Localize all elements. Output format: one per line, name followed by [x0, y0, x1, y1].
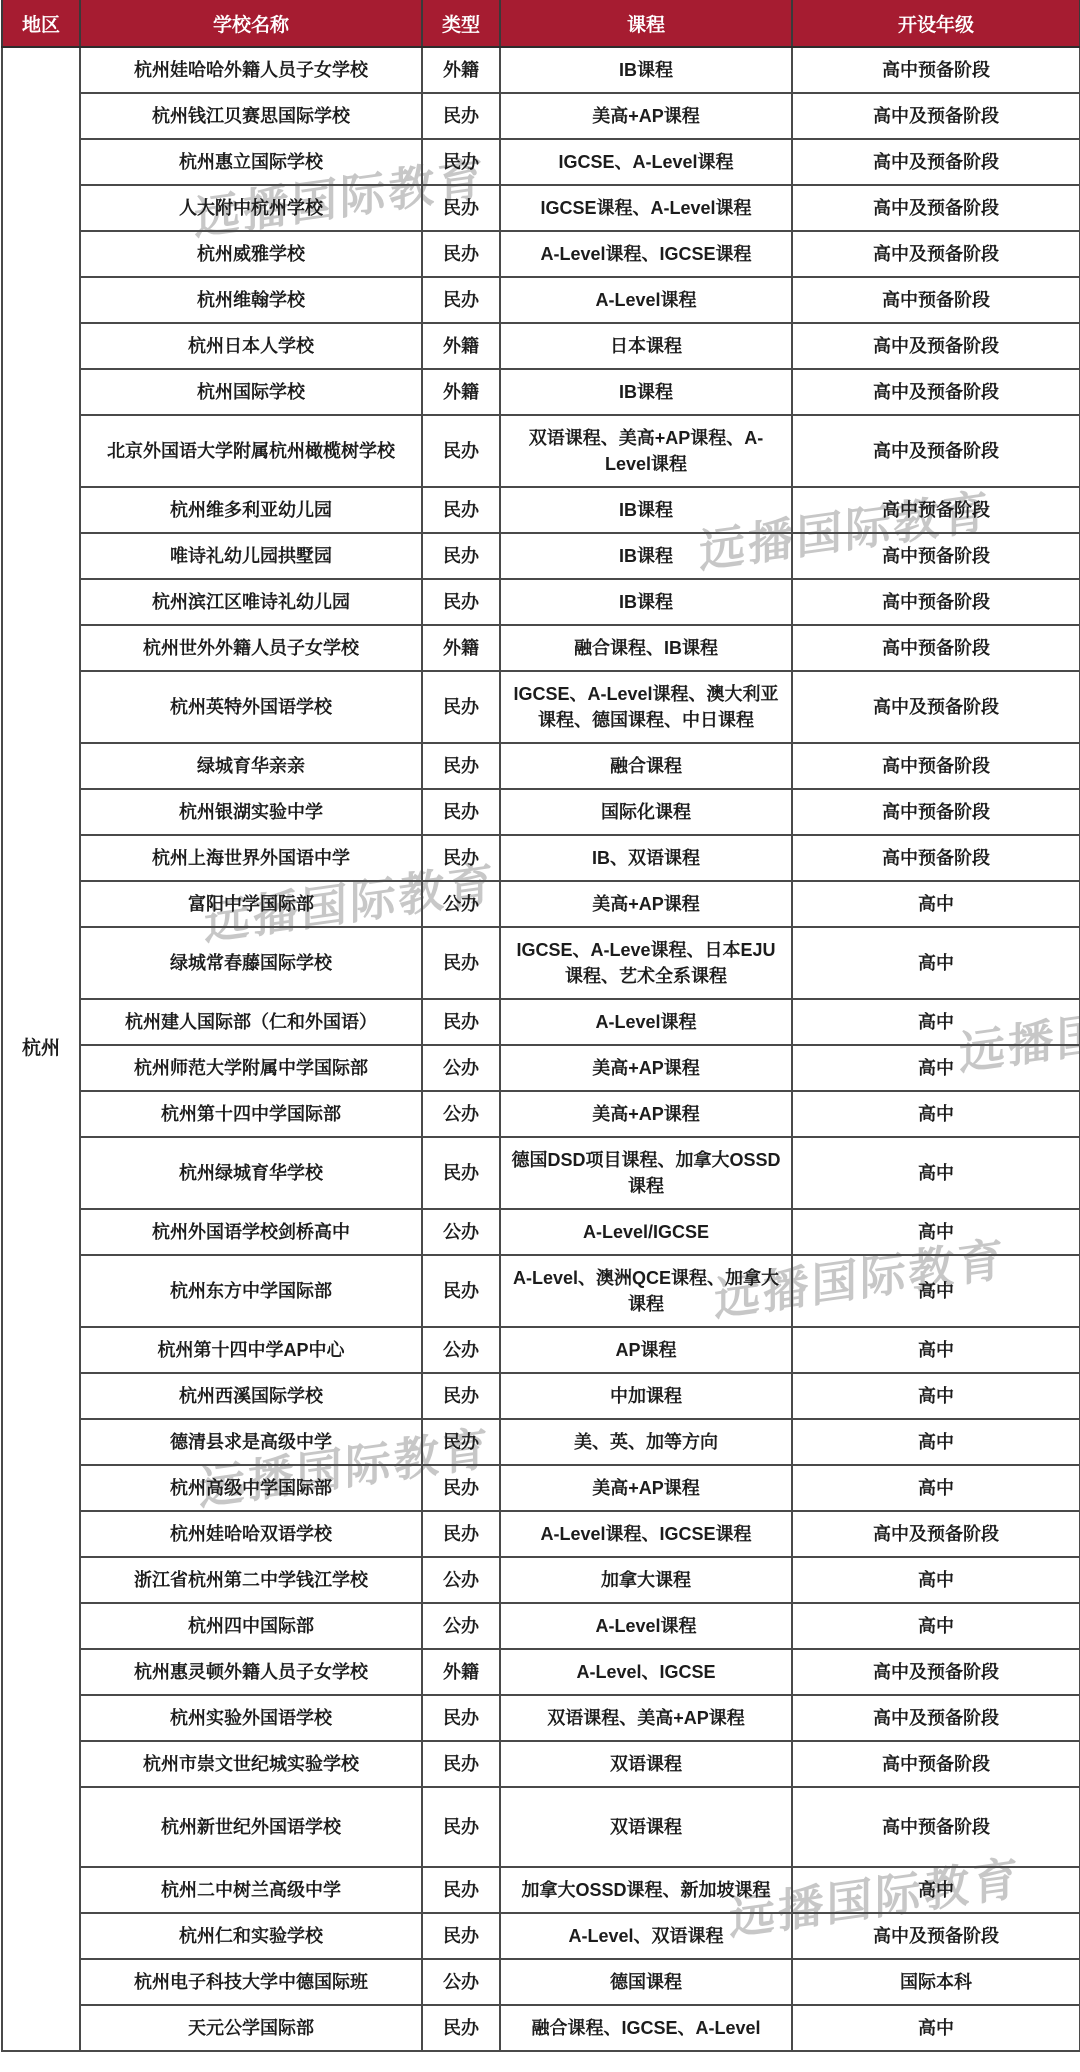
courses-cell: A-Level课程	[500, 277, 792, 323]
courses-cell: IGCSE、A-Level课程	[500, 139, 792, 185]
courses-cell: 加拿大OSSD课程、新加坡课程	[500, 1867, 792, 1913]
grades-cell: 国际本科	[792, 1959, 1080, 2005]
table-row: 杭州维多利亚幼儿园民办IB课程高中预备阶段	[2, 487, 1080, 533]
school-name-cell: 杭州娃哈哈双语学校	[80, 1511, 422, 1557]
courses-cell: 加拿大课程	[500, 1557, 792, 1603]
school-name-cell: 杭州世外外籍人员子女学校	[80, 625, 422, 671]
courses-cell: 美高+AP课程	[500, 93, 792, 139]
table-row: 杭州杭州娃哈哈外籍人员子女学校外籍IB课程高中预备阶段	[2, 47, 1080, 93]
grades-cell: 高中及预备阶段	[792, 415, 1080, 487]
courses-cell: IB课程	[500, 487, 792, 533]
table-row: 杭州英特外国语学校民办IGCSE、A-Level课程、澳大利亚课程、德国课程、中…	[2, 671, 1080, 743]
grades-cell: 高中及预备阶段	[792, 369, 1080, 415]
courses-cell: 双语课程	[500, 1787, 792, 1867]
table-row: 杭州滨江区唯诗礼幼儿园民办IB课程高中预备阶段	[2, 579, 1080, 625]
grades-cell: 高中	[792, 1603, 1080, 1649]
school-name-cell: 唯诗礼幼儿园拱墅园	[80, 533, 422, 579]
table-row: 唯诗礼幼儿园拱墅园民办IB课程高中预备阶段	[2, 533, 1080, 579]
page: 远播国际教育远播国际教育远播国际教育远播国际教育远播国际教育远播国际教育远播国际…	[0, 0, 1080, 2072]
courses-cell: 美高+AP课程	[500, 881, 792, 927]
column-header-type: 类型	[422, 0, 500, 47]
courses-cell: AP课程	[500, 1327, 792, 1373]
school-type-cell: 公办	[422, 1557, 500, 1603]
school-name-cell: 杭州西溪国际学校	[80, 1373, 422, 1419]
courses-cell: IB、双语课程	[500, 835, 792, 881]
school-type-cell: 公办	[422, 1045, 500, 1091]
school-name-cell: 杭州实验外国语学校	[80, 1695, 422, 1741]
table-row: 杭州上海世界外国语中学民办IB、双语课程高中预备阶段	[2, 835, 1080, 881]
school-name-cell: 杭州四中国际部	[80, 1603, 422, 1649]
school-type-cell: 民办	[422, 1137, 500, 1209]
region-cell: 杭州	[2, 47, 80, 2051]
grades-cell: 高中预备阶段	[792, 579, 1080, 625]
school-type-cell: 民办	[422, 927, 500, 999]
table-row: 杭州维翰学校民办A-Level课程高中预备阶段	[2, 277, 1080, 323]
courses-cell: IGCSE课程、A-Level课程	[500, 185, 792, 231]
school-type-cell: 公办	[422, 1091, 500, 1137]
school-name-cell: 杭州银湖实验中学	[80, 789, 422, 835]
grades-cell: 高中及预备阶段	[792, 1913, 1080, 1959]
school-type-cell: 民办	[422, 789, 500, 835]
grades-cell: 高中及预备阶段	[792, 1649, 1080, 1695]
school-type-cell: 民办	[422, 277, 500, 323]
school-type-cell: 民办	[422, 415, 500, 487]
table-row: 杭州建人国际部（仁和外国语）民办A-Level课程高中	[2, 999, 1080, 1045]
grades-cell: 高中	[792, 1373, 1080, 1419]
table-row: 杭州第十四中学国际部公办美高+AP课程高中	[2, 1091, 1080, 1137]
column-header-school-name: 学校名称	[80, 0, 422, 47]
school-type-cell: 公办	[422, 1327, 500, 1373]
header-row: 地区 学校名称 类型 课程 开设年级	[2, 0, 1080, 47]
grades-cell: 高中预备阶段	[792, 1787, 1080, 1867]
grades-cell: 高中	[792, 1465, 1080, 1511]
school-name-cell: 杭州建人国际部（仁和外国语）	[80, 999, 422, 1045]
grades-cell: 高中预备阶段	[792, 835, 1080, 881]
courses-cell: IB课程	[500, 369, 792, 415]
schools-table: 地区 学校名称 类型 课程 开设年级 杭州杭州娃哈哈外籍人员子女学校外籍IB课程…	[1, 0, 1080, 2052]
school-name-cell: 北京外国语大学附属杭州橄榄树学校	[80, 415, 422, 487]
grades-cell: 高中及预备阶段	[792, 93, 1080, 139]
table-row: 杭州银湖实验中学民办国际化课程高中预备阶段	[2, 789, 1080, 835]
grades-cell: 高中	[792, 2005, 1080, 2051]
table-row: 北京外国语大学附属杭州橄榄树学校民办双语课程、美高+AP课程、A-Level课程…	[2, 415, 1080, 487]
table-row: 杭州惠灵顿外籍人员子女学校外籍A-Level、IGCSE高中及预备阶段	[2, 1649, 1080, 1695]
courses-cell: A-Level、IGCSE	[500, 1649, 792, 1695]
grades-cell: 高中	[792, 1419, 1080, 1465]
school-name-cell: 天元公学国际部	[80, 2005, 422, 2051]
table-row: 天元公学国际部民办融合课程、IGCSE、A-Level高中	[2, 2005, 1080, 2051]
school-name-cell: 杭州电子科技大学中德国际班	[80, 1959, 422, 2005]
school-type-cell: 民办	[422, 2005, 500, 2051]
grades-cell: 高中	[792, 927, 1080, 999]
courses-cell: 融合课程、IGCSE、A-Level	[500, 2005, 792, 2051]
grades-cell: 高中及预备阶段	[792, 1695, 1080, 1741]
courses-cell: A-Level课程	[500, 999, 792, 1045]
column-header-region: 地区	[2, 0, 80, 47]
school-type-cell: 民办	[422, 487, 500, 533]
school-type-cell: 民办	[422, 1741, 500, 1787]
courses-cell: 日本课程	[500, 323, 792, 369]
school-name-cell: 杭州第十四中学AP中心	[80, 1327, 422, 1373]
grades-cell: 高中预备阶段	[792, 533, 1080, 579]
school-type-cell: 民办	[422, 1867, 500, 1913]
courses-cell: 美高+AP课程	[500, 1091, 792, 1137]
school-type-cell: 民办	[422, 185, 500, 231]
school-name-cell: 杭州第十四中学国际部	[80, 1091, 422, 1137]
grades-cell: 高中及预备阶段	[792, 671, 1080, 743]
table-header: 地区 学校名称 类型 课程 开设年级	[2, 0, 1080, 47]
table-row: 杭州电子科技大学中德国际班公办德国课程国际本科	[2, 1959, 1080, 2005]
school-name-cell: 杭州新世纪外国语学校	[80, 1787, 422, 1867]
school-type-cell: 民办	[422, 579, 500, 625]
courses-cell: A-Level课程	[500, 1603, 792, 1649]
grades-cell: 高中	[792, 1209, 1080, 1255]
table-row: 杭州绿城育华学校民办德国DSD项目课程、加拿大OSSD课程高中	[2, 1137, 1080, 1209]
grades-cell: 高中及预备阶段	[792, 139, 1080, 185]
grades-cell: 高中预备阶段	[792, 625, 1080, 671]
school-type-cell: 民办	[422, 835, 500, 881]
grades-cell: 高中及预备阶段	[792, 231, 1080, 277]
school-type-cell: 外籍	[422, 47, 500, 93]
table-row: 杭州实验外国语学校民办双语课程、美高+AP课程高中及预备阶段	[2, 1695, 1080, 1741]
grades-cell: 高中	[792, 1091, 1080, 1137]
school-type-cell: 公办	[422, 881, 500, 927]
school-name-cell: 杭州师范大学附属中学国际部	[80, 1045, 422, 1091]
school-type-cell: 外籍	[422, 323, 500, 369]
school-name-cell: 杭州仁和实验学校	[80, 1913, 422, 1959]
school-name-cell: 杭州绿城育华学校	[80, 1137, 422, 1209]
school-name-cell: 杭州维多利亚幼儿园	[80, 487, 422, 533]
school-name-cell: 杭州维翰学校	[80, 277, 422, 323]
grades-cell: 高中	[792, 1327, 1080, 1373]
courses-cell: IGCSE、A-Leve课程、日本EJU课程、艺术全系课程	[500, 927, 792, 999]
table-row: 杭州仁和实验学校民办A-Level、双语课程高中及预备阶段	[2, 1913, 1080, 1959]
grades-cell: 高中预备阶段	[792, 47, 1080, 93]
school-type-cell: 公办	[422, 1603, 500, 1649]
table-row: 杭州师范大学附属中学国际部公办美高+AP课程高中	[2, 1045, 1080, 1091]
school-type-cell: 民办	[422, 743, 500, 789]
column-header-grades: 开设年级	[792, 0, 1080, 47]
table-row: 杭州外国语学校剑桥高中公办A-Level/IGCSE高中	[2, 1209, 1080, 1255]
table-row: 杭州第十四中学AP中心公办AP课程高中	[2, 1327, 1080, 1373]
courses-cell: A-Level课程、IGCSE课程	[500, 1511, 792, 1557]
school-type-cell: 公办	[422, 1209, 500, 1255]
courses-cell: A-Level、澳洲QCE课程、加拿大课程	[500, 1255, 792, 1327]
column-header-courses: 课程	[500, 0, 792, 47]
table-row: 杭州高级中学国际部民办美高+AP课程高中	[2, 1465, 1080, 1511]
school-name-cell: 杭州钱江贝赛思国际学校	[80, 93, 422, 139]
grades-cell: 高中	[792, 1255, 1080, 1327]
table-row: 杭州二中树兰高级中学民办加拿大OSSD课程、新加坡课程高中	[2, 1867, 1080, 1913]
school-type-cell: 民办	[422, 1511, 500, 1557]
school-type-cell: 公办	[422, 1959, 500, 2005]
table-row: 杭州四中国际部公办A-Level课程高中	[2, 1603, 1080, 1649]
courses-cell: 融合课程、IB课程	[500, 625, 792, 671]
grades-cell: 高中	[792, 1045, 1080, 1091]
courses-cell: 德国课程	[500, 1959, 792, 2005]
school-name-cell: 杭州东方中学国际部	[80, 1255, 422, 1327]
school-name-cell: 杭州上海世界外国语中学	[80, 835, 422, 881]
school-name-cell: 富阳中学国际部	[80, 881, 422, 927]
table-row: 德清县求是高级中学民办美、英、加等方向高中	[2, 1419, 1080, 1465]
table-row: 杭州国际学校外籍IB课程高中及预备阶段	[2, 369, 1080, 415]
school-type-cell: 民办	[422, 1913, 500, 1959]
grades-cell: 高中	[792, 1137, 1080, 1209]
grades-cell: 高中及预备阶段	[792, 323, 1080, 369]
table-row: 绿城育华亲亲民办融合课程高中预备阶段	[2, 743, 1080, 789]
courses-cell: A-Level、双语课程	[500, 1913, 792, 1959]
school-name-cell: 杭州娃哈哈外籍人员子女学校	[80, 47, 422, 93]
table-row: 人大附中杭州学校民办IGCSE课程、A-Level课程高中及预备阶段	[2, 185, 1080, 231]
school-name-cell: 德清县求是高级中学	[80, 1419, 422, 1465]
school-type-cell: 民办	[422, 1255, 500, 1327]
table-row: 杭州威雅学校民办A-Level课程、IGCSE课程高中及预备阶段	[2, 231, 1080, 277]
school-name-cell: 杭州滨江区唯诗礼幼儿园	[80, 579, 422, 625]
courses-cell: IB课程	[500, 47, 792, 93]
table-row: 富阳中学国际部公办美高+AP课程高中	[2, 881, 1080, 927]
school-type-cell: 民办	[422, 139, 500, 185]
table-row: 杭州新世纪外国语学校民办双语课程高中预备阶段	[2, 1787, 1080, 1867]
courses-cell: 国际化课程	[500, 789, 792, 835]
courses-cell: IB课程	[500, 579, 792, 625]
grades-cell: 高中预备阶段	[792, 1741, 1080, 1787]
school-name-cell: 杭州高级中学国际部	[80, 1465, 422, 1511]
school-name-cell: 杭州市崇文世纪城实验学校	[80, 1741, 422, 1787]
table-row: 杭州钱江贝赛思国际学校民办美高+AP课程高中及预备阶段	[2, 93, 1080, 139]
school-name-cell: 杭州英特外国语学校	[80, 671, 422, 743]
school-name-cell: 杭州惠灵顿外籍人员子女学校	[80, 1649, 422, 1695]
grades-cell: 高中及预备阶段	[792, 1511, 1080, 1557]
school-name-cell: 杭州外国语学校剑桥高中	[80, 1209, 422, 1255]
table-row: 杭州娃哈哈双语学校民办A-Level课程、IGCSE课程高中及预备阶段	[2, 1511, 1080, 1557]
courses-cell: A-Level课程、IGCSE课程	[500, 231, 792, 277]
school-type-cell: 外籍	[422, 369, 500, 415]
grades-cell: 高中预备阶段	[792, 277, 1080, 323]
school-type-cell: 外籍	[422, 1649, 500, 1695]
school-type-cell: 民办	[422, 1695, 500, 1741]
courses-cell: 德国DSD项目课程、加拿大OSSD课程	[500, 1137, 792, 1209]
table-row: 杭州东方中学国际部民办A-Level、澳洲QCE课程、加拿大课程高中	[2, 1255, 1080, 1327]
school-type-cell: 民办	[422, 999, 500, 1045]
table-row: 浙江省杭州第二中学钱江学校公办加拿大课程高中	[2, 1557, 1080, 1603]
grades-cell: 高中预备阶段	[792, 487, 1080, 533]
table-row: 杭州世外外籍人员子女学校外籍融合课程、IB课程高中预备阶段	[2, 625, 1080, 671]
grades-cell: 高中预备阶段	[792, 743, 1080, 789]
school-type-cell: 外籍	[422, 625, 500, 671]
school-name-cell: 人大附中杭州学校	[80, 185, 422, 231]
courses-cell: IGCSE、A-Level课程、澳大利亚课程、德国课程、中日课程	[500, 671, 792, 743]
school-name-cell: 绿城育华亲亲	[80, 743, 422, 789]
school-name-cell: 杭州国际学校	[80, 369, 422, 415]
courses-cell: 融合课程	[500, 743, 792, 789]
school-type-cell: 民办	[422, 93, 500, 139]
grades-cell: 高中	[792, 999, 1080, 1045]
courses-cell: IB课程	[500, 533, 792, 579]
courses-cell: 美、英、加等方向	[500, 1419, 792, 1465]
courses-cell: 中加课程	[500, 1373, 792, 1419]
grades-cell: 高中	[792, 881, 1080, 927]
courses-cell: 双语课程	[500, 1741, 792, 1787]
courses-cell: 双语课程、美高+AP课程	[500, 1695, 792, 1741]
school-name-cell: 杭州威雅学校	[80, 231, 422, 277]
school-name-cell: 杭州惠立国际学校	[80, 139, 422, 185]
table-row: 杭州日本人学校外籍日本课程高中及预备阶段	[2, 323, 1080, 369]
table-body: 杭州杭州娃哈哈外籍人员子女学校外籍IB课程高中预备阶段杭州钱江贝赛思国际学校民办…	[2, 47, 1080, 2051]
grades-cell: 高中	[792, 1867, 1080, 1913]
school-type-cell: 民办	[422, 1465, 500, 1511]
school-name-cell: 杭州日本人学校	[80, 323, 422, 369]
school-type-cell: 民办	[422, 1419, 500, 1465]
courses-cell: 双语课程、美高+AP课程、A-Level课程	[500, 415, 792, 487]
grades-cell: 高中	[792, 1557, 1080, 1603]
courses-cell: A-Level/IGCSE	[500, 1209, 792, 1255]
school-type-cell: 民办	[422, 671, 500, 743]
grades-cell: 高中预备阶段	[792, 789, 1080, 835]
table-row: 杭州西溪国际学校民办中加课程高中	[2, 1373, 1080, 1419]
school-type-cell: 民办	[422, 1787, 500, 1867]
table-row: 绿城常春藤国际学校民办IGCSE、A-Leve课程、日本EJU课程、艺术全系课程…	[2, 927, 1080, 999]
table-row: 杭州市崇文世纪城实验学校民办双语课程高中预备阶段	[2, 1741, 1080, 1787]
school-name-cell: 杭州二中树兰高级中学	[80, 1867, 422, 1913]
grades-cell: 高中及预备阶段	[792, 185, 1080, 231]
table-row: 杭州惠立国际学校民办IGCSE、A-Level课程高中及预备阶段	[2, 139, 1080, 185]
school-type-cell: 民办	[422, 231, 500, 277]
school-name-cell: 浙江省杭州第二中学钱江学校	[80, 1557, 422, 1603]
school-type-cell: 民办	[422, 533, 500, 579]
courses-cell: 美高+AP课程	[500, 1465, 792, 1511]
school-type-cell: 民办	[422, 1373, 500, 1419]
courses-cell: 美高+AP课程	[500, 1045, 792, 1091]
school-name-cell: 绿城常春藤国际学校	[80, 927, 422, 999]
